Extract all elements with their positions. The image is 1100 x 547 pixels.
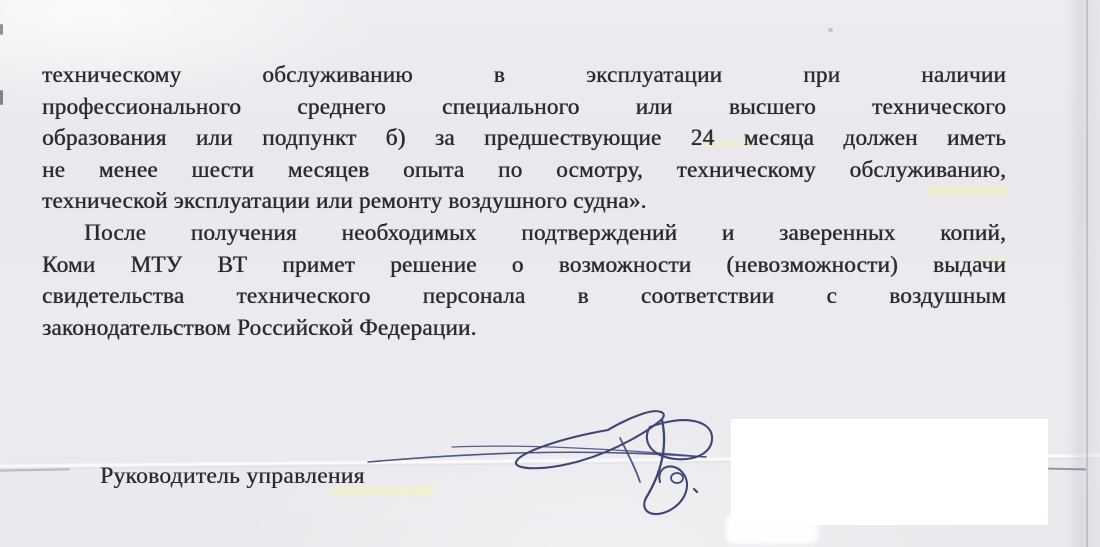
scan-edge-line	[1086, 0, 1088, 547]
body-line: свидетельства технического персонала в с…	[42, 281, 1006, 313]
body-line: профессионального среднего специального …	[42, 92, 1006, 124]
redaction-box	[731, 419, 1048, 525]
body-line: Коми МТУ ВТ примет решение о возможности…	[42, 250, 1006, 282]
body-line: образования или подпункт б) за предшеств…	[42, 123, 1006, 155]
body-line: законодательством Российской Федерации.	[42, 313, 1006, 345]
paragraph-2: После получения необходимых подтверждени…	[42, 218, 1006, 344]
letter-body: техническому обслуживанию в эксплуатации…	[42, 60, 1006, 344]
scanned-document-page: техническому обслуживанию в эксплуатации…	[0, 0, 1100, 547]
body-line: не менее шести месяцев опыта по осмотру,…	[42, 155, 1006, 187]
scan-speck	[828, 28, 833, 32]
scan-edge-strip	[1066, 0, 1100, 547]
scan-speck	[0, 90, 3, 105]
scan-speck	[0, 24, 3, 35]
paragraph-1: техническому обслуживанию в эксплуатации…	[42, 60, 1006, 218]
redaction-box-blend	[726, 514, 818, 544]
body-line: После получения необходимых подтверждени…	[42, 218, 1006, 250]
paper-crease-dash	[1048, 468, 1086, 471]
body-line: технической эксплуатации или ремонту воз…	[42, 186, 1006, 218]
paper-crease-shadow	[0, 468, 70, 471]
signer-title: Руководитель управления	[100, 463, 365, 490]
body-line: техническому обслуживанию в эксплуатации…	[42, 60, 1006, 92]
